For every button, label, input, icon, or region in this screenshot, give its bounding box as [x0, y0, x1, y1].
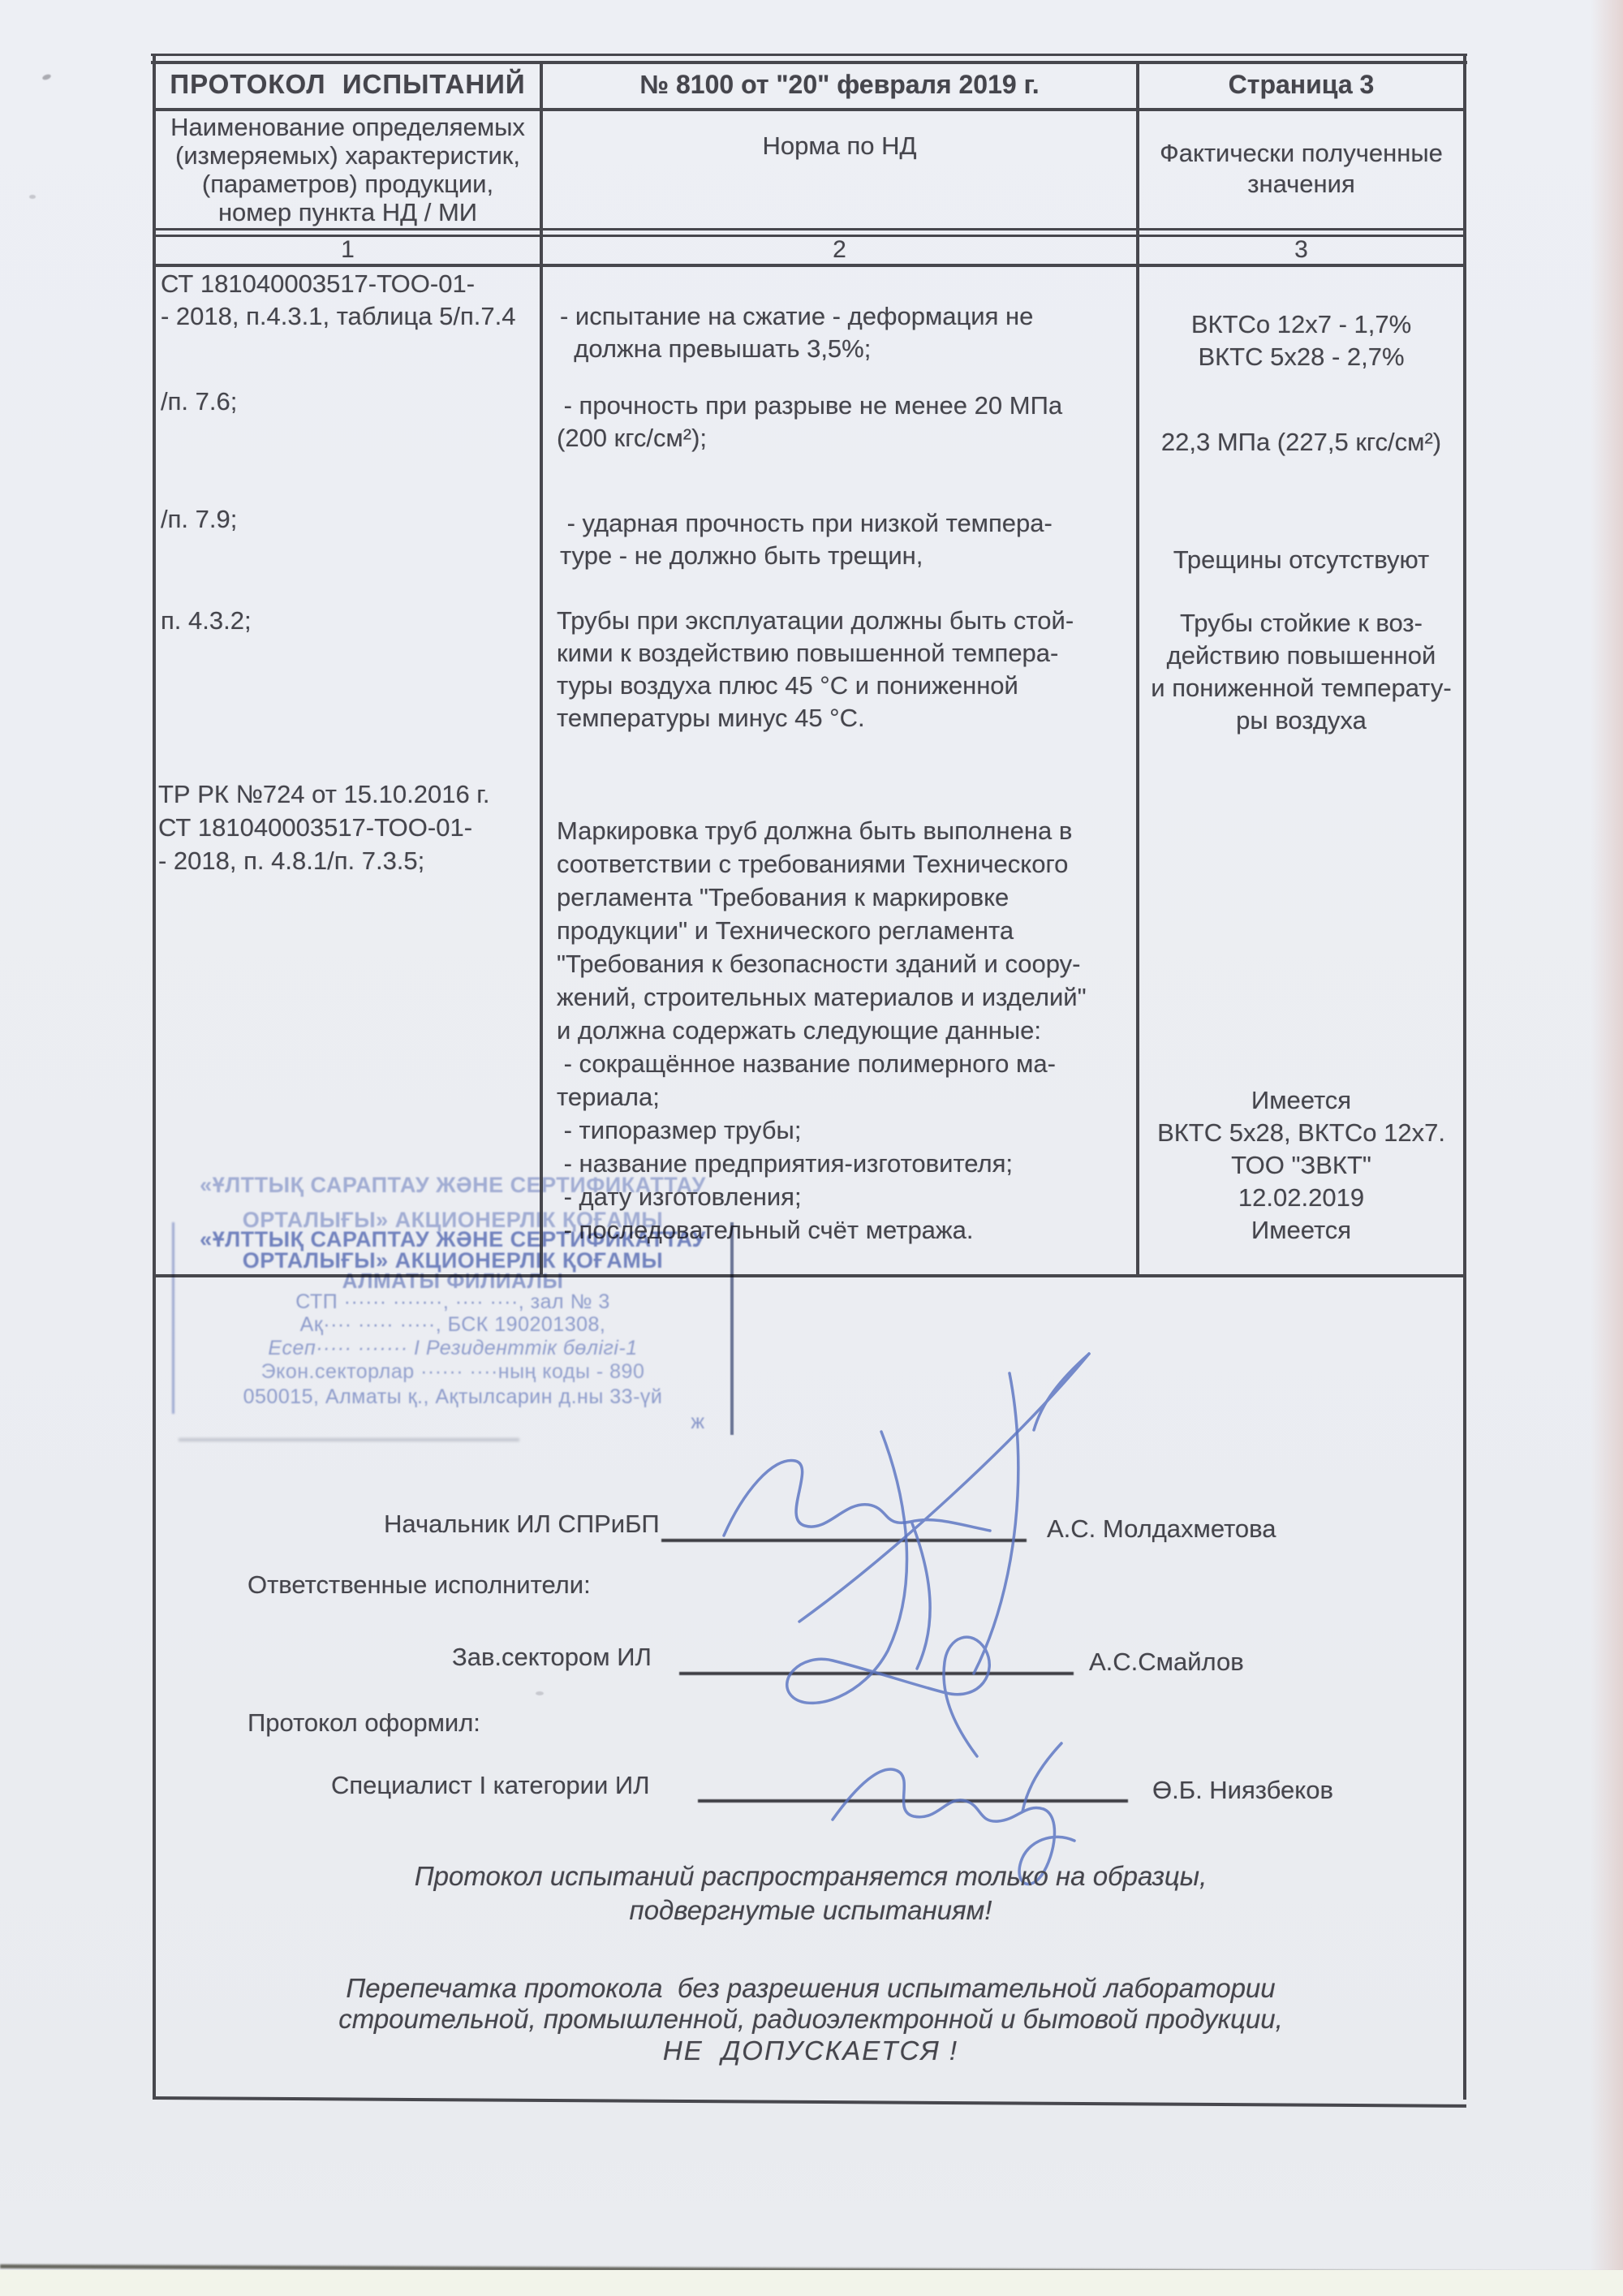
scanned-test-protocol-page: ПРОТОКОЛ ИСПЫТАНИЙ № 8100 от "20" феврал… — [0, 0, 1623, 2296]
executors-label: Ответственные исполнители: — [248, 1569, 591, 1601]
note-reprint-line1: Перепечатка протокола без разрешения исп… — [154, 1972, 1467, 2005]
stamp-org-line1-strike1: «ҰЛТТЫҚ САРАПТАУ ЖӘНЕ СЕРТИФИКАТТАУ — [173, 1173, 733, 1198]
stamp-detail-line4: Экон.секторлар ······ ····ның коды - 890 — [173, 1360, 733, 1384]
note-not-allowed: НЕ ДОПУСКАЕТСЯ ! — [154, 2035, 1467, 2067]
stamp-detail-line3: Есеп····· ······· І Резиденттік бөлігі-1 — [173, 1337, 733, 1360]
note-samples-line2: подвергнутые испытаниям! — [154, 1894, 1467, 1927]
sig1-line — [661, 1539, 1027, 1542]
laboratory-stamp: «ҰЛТТЫҚ САРАПТАУ ЖӘНЕ СЕРТИФИКАТТАУ ОРТА… — [0, 0, 1623, 2296]
scan-speck-2 — [29, 195, 36, 199]
stamp-mark-letter: ж — [682, 1411, 714, 1434]
sig3-line — [698, 1799, 1128, 1803]
note-reprint-line2: строительной, промышленной, радиоэлектро… — [154, 2003, 1467, 2035]
stamp-detail-line1: СТП ······ ·······, ···· ····, зал № 3 — [173, 1290, 733, 1314]
sig2-role-label: Зав.сектором ИЛ — [452, 1641, 652, 1674]
sig3-role-label: Специалист I категории ИЛ — [331, 1769, 650, 1802]
stamp-smudge — [179, 1438, 519, 1441]
scan-background-strip — [0, 2270, 1623, 2296]
prepared-label: Протокол оформил: — [248, 1707, 480, 1739]
note-samples-line1: Протокол испытаний распространяется толь… — [154, 1860, 1467, 1893]
scan-speck-3 — [536, 1691, 544, 1695]
scan-right-edge-shadow — [1591, 0, 1623, 2296]
sig2-line — [679, 1672, 1074, 1675]
sig1-role-label: Начальник ИЛ СПРиБП — [384, 1508, 660, 1540]
stamp-detail-line5: 050015, Алматы қ., Ақтылсарин д.ны 33-үй — [173, 1385, 733, 1409]
stamp-detail-line2: Ақ···· ····· ·····, БСК 190201308, — [173, 1313, 733, 1337]
sig3-name: Ө.Б. Ниязбеков — [1152, 1774, 1333, 1807]
sig1-name: А.С. Молдахметова — [1047, 1513, 1276, 1545]
sig2-name: А.С.Смайлов — [1089, 1646, 1244, 1678]
